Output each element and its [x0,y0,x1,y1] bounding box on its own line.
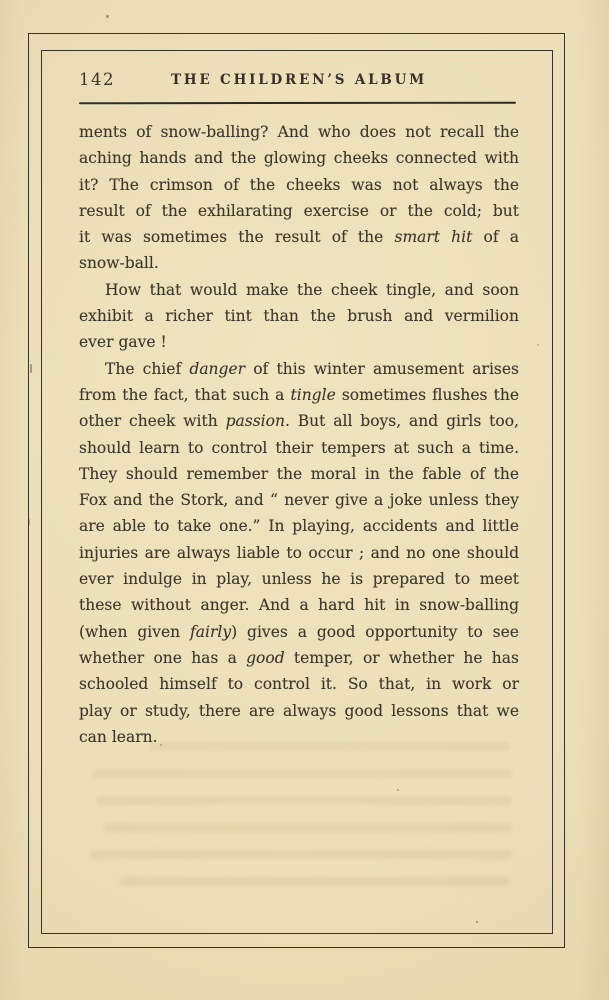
text-segment: Fox and the Stork, and “ never give a jo… [79,491,519,509]
text-segment: snow-ball. [79,254,159,272]
text-line: ments of snow-balling? And who does not … [79,119,519,145]
text-segment: ) gives a good opportunity to see [231,623,519,641]
speck [537,344,539,346]
running-title: THE CHILDREN’S ALBUM [79,72,519,88]
ghost-text [150,742,510,751]
text-segment: it was sometimes the result of the [79,228,394,246]
text-segment: (when given [79,623,190,641]
text-segment: from the fact, that such a [79,386,291,404]
text-segment: sometimes flushes the [336,386,519,404]
text-segment: schooled himself to control it. So that,… [79,675,519,693]
page-header: 142 THE CHILDREN’S ALBUM [79,70,519,92]
text-line: injuries are always liable to occur ; an… [79,540,519,566]
text-segment: it? The crimson of the cheeks was not al… [79,176,519,194]
text-line: How that would make the cheek tingle, an… [79,277,519,303]
speck [106,15,109,18]
text-segment: play or study, there are always good les… [79,702,519,720]
text-line: snow-ball. [79,250,519,276]
text-line: Fox and the Stork, and “ never give a jo… [79,487,519,513]
ghost-text [104,823,512,832]
text-line: should learn to control their tempers at… [79,435,519,461]
text-segment: result of the exhilarating exercise or t… [79,202,519,220]
text-line: are able to take one.” In playing, accid… [79,513,519,539]
ghost-text [90,850,512,859]
text-segment: these without anger. And a hard hit in s… [79,596,519,614]
text-line: (when given fairly) gives a good opportu… [79,619,519,645]
text-segment: ever gave ! [79,333,167,351]
text-segment: can learn. [79,728,158,746]
text-line: it? The crimson of the cheeks was not al… [79,172,519,198]
speck [30,364,32,373]
text-segment: They should remember the moral in the fa… [79,465,519,483]
text-line: ever indulge in play, unless he is prepa… [79,566,519,592]
speck [476,921,478,923]
italic-text-segment: fairly [190,623,231,641]
text-line: whether one has a good temper, or whethe… [79,645,519,671]
italic-text-segment: smart hit [394,228,472,246]
text-line: The chief danger of this winter amusemen… [79,356,519,382]
text-segment: ever indulge in play, unless he is prepa… [79,570,519,588]
text-segment: injuries are always liable to occur ; an… [79,544,519,562]
text-segment: exhibit a richer tint than the brush and… [79,307,519,325]
text-segment: The chief [105,360,189,378]
ghost-text [120,877,510,886]
italic-text-segment: danger [189,360,245,378]
text-segment: . But all boys, and girls too, [285,412,519,430]
text-line: exhibit a richer tint than the brush and… [79,303,519,329]
text-segment: should learn to control their tempers at… [79,439,519,457]
italic-text-segment: passion [226,412,285,430]
text-line: They should remember the moral in the fa… [79,461,519,487]
text-segment: whether one has a [79,649,246,667]
text-segment: ments of snow-balling? And who does not … [79,123,519,141]
text-line: from the fact, that such a tingle someti… [79,382,519,408]
text-segment: temper, or whether he has [285,649,519,667]
text-line: result of the exhilarating exercise or t… [79,198,519,224]
speck [160,744,162,746]
book-page-scan: 142 THE CHILDREN’S ALBUM ments of snow-b… [0,0,609,1000]
text-segment: of a [472,228,519,246]
text-line: schooled himself to control it. So that,… [79,671,519,697]
speck [28,519,30,525]
text-segment: How that would make the cheek tingle, an… [105,281,519,299]
text-segment: other cheek with [79,412,226,430]
text-segment: are able to take one.” In playing, accid… [79,517,519,535]
ghost-text [96,796,512,805]
text-line: ever gave ! [79,329,519,355]
text-segment: of this winter amusement arises [245,360,519,378]
speck [397,789,399,791]
ghost-text [92,769,512,778]
italic-text-segment: good [246,649,285,667]
text-line: these without anger. And a hard hit in s… [79,592,519,618]
italic-text-segment: tingle [291,386,336,404]
text-line: play or study, there are always good les… [79,698,519,724]
body-text: ments of snow-balling? And who does not … [79,119,519,750]
text-segment: aching hands and the glowing cheeks conn… [79,149,519,167]
text-line: it was sometimes the result of the smart… [79,224,519,250]
text-line: aching hands and the glowing cheeks conn… [79,145,519,171]
text-line: other cheek with passion. But all boys, … [79,408,519,434]
